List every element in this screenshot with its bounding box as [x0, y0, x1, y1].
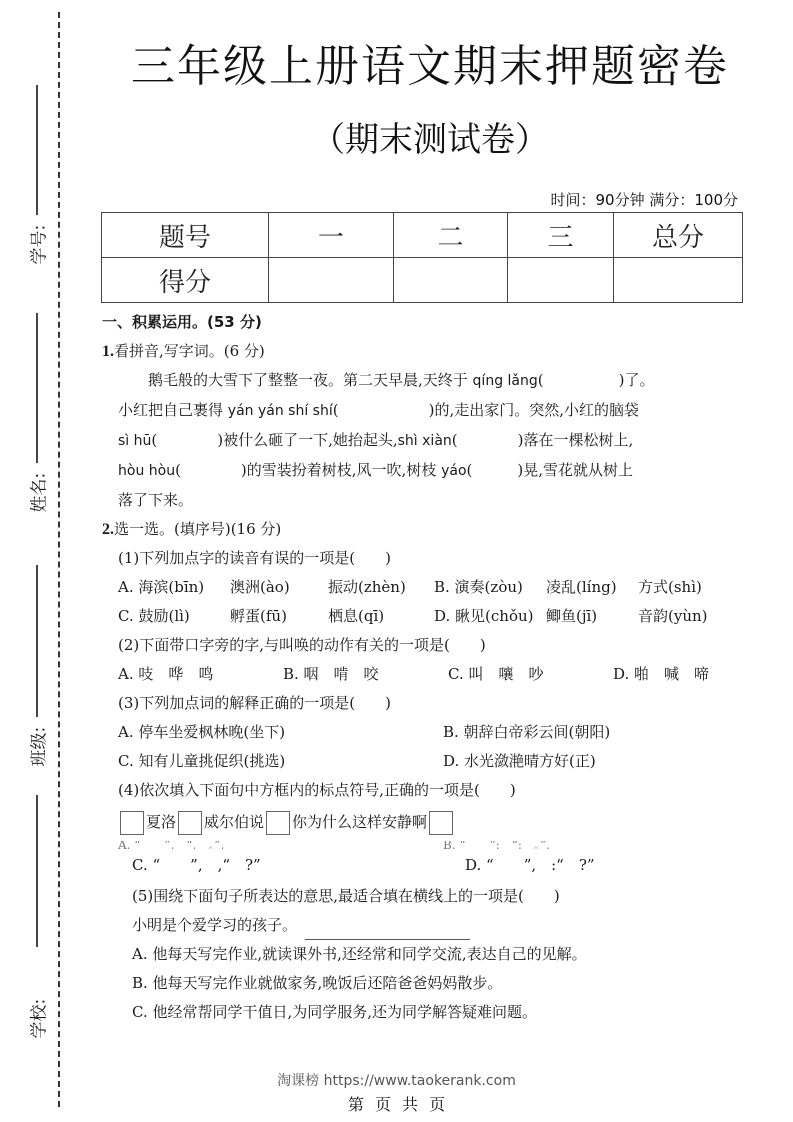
punctuation-sentence: 夏洛威尔伯说你为什么这样安静啊: [102, 805, 762, 839]
question-2-heading: 2.选一选。(填序号)(16 分): [102, 515, 762, 544]
passage-text: 鹅毛般的大雪下了整整一夜。第二天早晨,天终于: [148, 371, 473, 389]
passage-text: 小红把自己裹得: [118, 401, 228, 419]
sentence-text: 小明是个爱学习的孩子。: [132, 916, 297, 934]
exam-meta: 时间：90分钟 满分：100分: [551, 189, 739, 210]
pinyin: qíng lǎng: [473, 373, 538, 389]
pinyin: yán yán shí shí: [228, 403, 333, 419]
answer-blank[interactable]: ( )的,走出家门。突然,小红的脑袋: [333, 401, 639, 419]
choice-item: A. 停车坐爱枫林晚(坐下): [118, 718, 443, 747]
pinyin: sì hū: [118, 433, 151, 449]
answer-blank[interactable]: ( )被什么砸了一下,她抬起头,: [151, 431, 397, 449]
choice-item: 栖息(qī): [328, 602, 434, 631]
choice-item: B. 咽 啃 咬: [283, 660, 448, 689]
punctuation-box[interactable]: [429, 811, 453, 835]
score-header-cell: 一: [269, 213, 394, 258]
choice-item: 澳洲(ào): [230, 573, 328, 602]
score-header-cell: 总分: [614, 213, 743, 258]
clipped-choice-row: A. “ ”, “, 。”, B. “ ”: “: 。”.: [102, 841, 762, 849]
answer-line[interactable]: [305, 921, 470, 940]
pinyin-passage-line: 落了下来。: [102, 486, 762, 515]
choice-item: C. 鼓励(lì): [118, 602, 230, 631]
sentence-part: 夏洛: [146, 813, 176, 831]
choice-item: A. 他每天写完作业,就读课外书,还经常和同学交流,表达自己的见解。: [102, 940, 762, 969]
choice-item: C. 叫 嚷 吵: [448, 660, 613, 689]
page-title: 三年级上册语文期末押题密卷: [100, 30, 760, 94]
pinyin-passage: 鹅毛般的大雪下了整整一夜。第二天早晨,天终于 qíng lǎng( )了。: [102, 366, 762, 396]
pinyin: yáo: [441, 463, 466, 479]
choice-item: 音韵(yùn): [638, 602, 708, 631]
choice-item: 孵蛋(fū): [230, 602, 328, 631]
student-id-write-line[interactable]: [36, 85, 38, 215]
pinyin: shì xiàn: [398, 433, 452, 449]
punctuation-box[interactable]: [266, 811, 290, 835]
punctuation-box[interactable]: [120, 811, 144, 835]
watermark-url: 淘课榜 https://www.taokerank.com: [0, 1070, 793, 1090]
choice-item: A. “ ”, “, 。”,: [118, 841, 443, 849]
choice-item: B. 朝辞白帝彩云间(朝阳): [443, 718, 610, 747]
choice-item: 振动(zhèn): [328, 573, 434, 602]
choice-row: C. “ ”, ,“ ?” D. “ ”, :“ ?”: [102, 851, 762, 880]
choice-item: D. “ ”, :“ ?”: [465, 851, 595, 880]
sub-question-4-prompt: (4)依次填入下面句中方框内的标点符号,正确的一项是( ): [102, 776, 762, 805]
exam-content: 一、积累运用。(53 分) 1.看拼音,写字词。(6 分) 鹅毛般的大雪下了整整…: [102, 308, 762, 1027]
sub-question-2-prompt: (2)下面带口字旁的字,与叫唤的动作有关的一项是( ): [102, 631, 762, 660]
choice-row: A. 海滨(bīn) 澳洲(ào) 振动(zhèn) B. 演奏(zòu) 凌乱…: [102, 573, 762, 602]
sub-question-1-prompt: (1)下列加点字的读音有误的一项是( ): [102, 544, 762, 573]
section-heading: 一、积累运用。(53 分): [102, 308, 762, 337]
choice-item: 鲫鱼(jī): [546, 602, 638, 631]
choice-item: A. 吱 哗 鸣: [118, 660, 283, 689]
page-number: 第 页 共 页: [0, 1092, 793, 1115]
question-number: 1.: [102, 343, 114, 360]
answer-blank[interactable]: ( )的雪装扮着树枝,风一吹,树枝: [175, 461, 441, 479]
pinyin-passage-line: hòu hòu( )的雪装扮着树枝,风一吹,树枝 yáo( )晃,雪花就从树上: [102, 456, 762, 486]
answer-blank[interactable]: ( )了。: [538, 371, 655, 389]
page-subtitle: （期末测试卷）: [100, 112, 760, 161]
class-label: 班级:: [25, 733, 50, 767]
score-cell[interactable]: [508, 258, 614, 303]
score-row-label: 得分: [102, 258, 269, 303]
choice-row: C. 知有儿童挑促织(挑选) D. 水光潋滟晴方好(正): [102, 747, 762, 776]
score-cell[interactable]: [394, 258, 508, 303]
choice-item: D. 瞅见(chǒu): [434, 602, 546, 631]
binding-dashed-line: [58, 12, 60, 1107]
margin-field-student-id: 学号:: [18, 85, 48, 285]
fill-sentence: 小明是个爱学习的孩子。: [102, 911, 762, 940]
margin-field-school: 学校:: [18, 795, 48, 1035]
score-table: 题号 一 二 三 总分 得分: [101, 212, 743, 303]
score-cell[interactable]: [269, 258, 394, 303]
pinyin-passage-line: sì hū( )被什么砸了一下,她抬起头,shì xiàn( )落在一棵松树上,: [102, 426, 762, 456]
question-title: 看拼音,写字词。(6 分): [114, 342, 265, 360]
school-write-line[interactable]: [36, 795, 38, 947]
name-label: 姓名:: [25, 479, 50, 513]
score-table-value-row: 得分: [102, 258, 743, 303]
choice-item: B. 演奏(zòu): [434, 573, 546, 602]
name-write-line[interactable]: [36, 313, 38, 463]
choice-item: C. 知有儿童挑促织(挑选): [118, 747, 443, 776]
question-title: 选一选。(填序号)(16 分): [114, 520, 281, 538]
choice-item: C. “ ”, ,“ ?”: [132, 851, 465, 880]
student-id-label: 学号:: [25, 231, 50, 265]
punctuation-box[interactable]: [178, 811, 202, 835]
school-label: 学校:: [25, 1005, 50, 1039]
score-header-cell: 二: [394, 213, 508, 258]
choice-item: D. 啪 喊 啼: [613, 660, 709, 689]
margin-field-class: 班级:: [18, 565, 48, 795]
choice-item: D. 水光潋滟晴方好(正): [443, 747, 596, 776]
choice-row: C. 鼓励(lì) 孵蛋(fū) 栖息(qī) D. 瞅见(chǒu) 鲫鱼(j…: [102, 602, 762, 631]
choice-row: A. 停车坐爱枫林晚(坐下) B. 朝辞白帝彩云间(朝阳): [102, 718, 762, 747]
choice-item: A. 海滨(bīn): [118, 573, 230, 602]
score-header-cell: 三: [508, 213, 614, 258]
sentence-part: 你为什么这样安静啊: [292, 813, 427, 831]
score-table-header-row: 题号 一 二 三 总分: [102, 213, 743, 258]
choice-item: B. “ ”: “: 。”.: [443, 841, 550, 849]
answer-blank[interactable]: ( )落在一棵松树上,: [452, 431, 633, 449]
question-number: 2.: [102, 521, 114, 538]
choice-item: C. 他经常帮同学干值日,为同学服务,还为同学解答疑难问题。: [102, 998, 762, 1027]
margin-field-name: 姓名:: [18, 313, 48, 533]
pinyin: hòu hòu: [118, 463, 175, 479]
sub-question-3-prompt: (3)下列加点词的解释正确的一项是( ): [102, 689, 762, 718]
class-write-line[interactable]: [36, 565, 38, 717]
choice-item: 方式(shì): [638, 573, 702, 602]
choice-item: 凌乱(líng): [546, 573, 638, 602]
question-1-heading: 1.看拼音,写字词。(6 分): [102, 337, 762, 366]
sentence-part: 威尔伯说: [204, 813, 264, 831]
sub-question-5-prompt: (5)围绕下面句子所表达的意思,最适合填在横线上的一项是( ): [102, 882, 762, 911]
answer-blank[interactable]: ( )晃,雪花就从树上: [467, 461, 633, 479]
choice-item: B. 他每天写完作业就做家务,晚饭后还陪爸爸妈妈散步。: [102, 969, 762, 998]
choice-row: A. 吱 哗 鸣 B. 咽 啃 咬 C. 叫 嚷 吵 D. 啪 喊 啼: [102, 660, 762, 689]
score-cell[interactable]: [614, 258, 743, 303]
score-header-cell: 题号: [102, 213, 269, 258]
pinyin-passage-line: 小红把自己裹得 yán yán shí shí( )的,走出家门。突然,小红的脑…: [102, 396, 762, 426]
